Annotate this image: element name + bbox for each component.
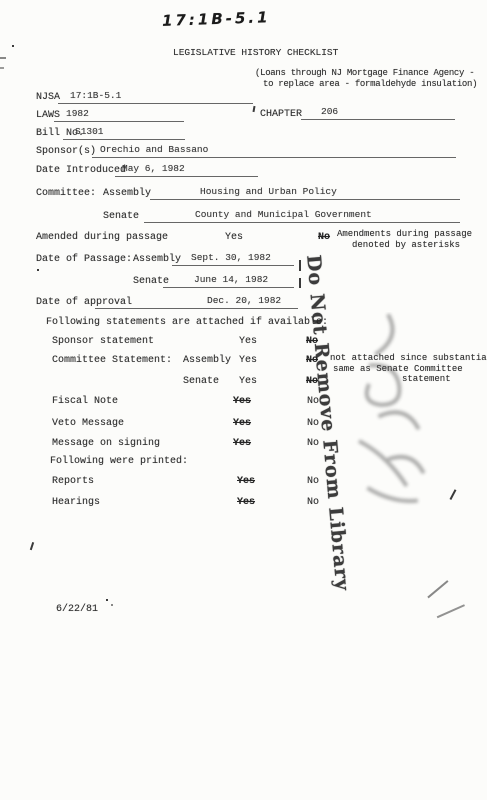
- passage-assembly-underline: [172, 265, 294, 266]
- approval-value: Dec. 20, 1982: [207, 295, 281, 306]
- committee-statement-senate-label: Senate: [183, 376, 219, 387]
- scan-noise: [12, 45, 14, 47]
- reports-yes-struck: Yes: [237, 476, 255, 487]
- committee-statement-label: Committee Statement:: [52, 355, 172, 366]
- scan-noise: [0, 67, 4, 69]
- sponsor-statement-label: Sponsor statement: [52, 336, 154, 347]
- reports-no: No: [307, 476, 319, 487]
- committee-senate-label: Senate: [103, 211, 139, 222]
- handwritten-citation: 17:1B-5.1: [162, 12, 271, 27]
- scan-noise: [299, 278, 301, 288]
- sponsors-label: Sponsor(s): [36, 146, 96, 157]
- amended-note-line1: Amendments during passage: [337, 229, 472, 239]
- passage-senate-value: June 14, 1982: [194, 274, 268, 285]
- veto-message-label: Veto Message: [52, 418, 124, 429]
- amended-no-struck: No: [318, 232, 330, 243]
- committee-senate-value: County and Municipal Government: [195, 209, 372, 220]
- scan-noise: [30, 542, 34, 550]
- page-title: LEGISLATIVE HISTORY CHECKLIST: [173, 47, 338, 58]
- passage-assembly-value: Sept. 30, 1982: [191, 252, 271, 263]
- scan-noise: [299, 260, 301, 271]
- veto-message-yes-struck: Yes: [233, 418, 251, 429]
- scan-noise: [111, 604, 113, 606]
- scan-noise: [252, 106, 255, 112]
- amended-yes: Yes: [225, 232, 243, 243]
- approval-label: Date of approval: [36, 297, 132, 308]
- subject-note-line2: to replace area - formaldehyde insulatio…: [263, 79, 477, 89]
- statements-header: Following statements are attached if ava…: [46, 317, 328, 328]
- committee-assembly-label: Assembly: [103, 188, 151, 199]
- chapter-label: CHAPTER: [260, 109, 302, 120]
- njsa-underline: [58, 103, 253, 104]
- njsa-value: 17:1B-5.1: [70, 90, 121, 101]
- passage-senate-label: Senate: [133, 276, 169, 287]
- scan-noise: [106, 599, 108, 601]
- message-on-signing-yes-struck: Yes: [233, 438, 251, 449]
- committee-assembly-underline: [150, 199, 460, 200]
- amended-label: Amended during passage: [36, 232, 168, 243]
- committee-senate-yes: Yes: [239, 376, 257, 387]
- footer-date: 6/22/81: [56, 604, 98, 615]
- sponsor-statement-yes: Yes: [239, 336, 257, 347]
- committee-label: Committee:: [36, 188, 96, 199]
- reports-label: Reports: [52, 476, 94, 487]
- date-introduced-underline: [115, 176, 258, 177]
- hearings-yes-struck: Yes: [237, 497, 255, 508]
- laws-label: LAWS: [36, 110, 60, 121]
- fiscal-note-label: Fiscal Note: [52, 396, 118, 407]
- sponsors-underline: [92, 157, 456, 158]
- scan-noise: [427, 580, 448, 598]
- date-introduced-label: Date Introduced: [36, 165, 126, 176]
- chapter-value: 206: [321, 106, 338, 117]
- njsa-label: NJSA: [36, 92, 60, 103]
- laws-value: 1982: [66, 108, 89, 119]
- committee-assembly-value: Housing and Urban Policy: [200, 186, 337, 197]
- passage-assembly-label: Assembly: [133, 254, 181, 265]
- committee-assembly-yes: Yes: [239, 355, 257, 366]
- fiscal-note-yes-struck: Yes: [233, 396, 251, 407]
- faint-stamp-smudge: [340, 312, 470, 512]
- printed-header: Following were printed:: [50, 456, 188, 467]
- hearings-no: No: [307, 497, 319, 508]
- scan-noise: [437, 604, 465, 618]
- passage-senate-underline: [163, 287, 294, 288]
- subject-note-line1: (Loans through NJ Mortgage Finance Agenc…: [255, 68, 474, 78]
- message-on-signing-label: Message on signing: [52, 438, 160, 449]
- bill-no-underline: [63, 139, 185, 140]
- committee-senate-underline: [144, 222, 460, 223]
- bill-no-value: S1301: [75, 126, 104, 137]
- chapter-underline: [301, 119, 455, 120]
- approval-underline: [95, 308, 298, 309]
- sponsors-value: Orechio and Bassano: [100, 144, 208, 155]
- passage-label: Date of Passage:: [36, 254, 132, 265]
- committee-statement-assembly-label: Assembly: [183, 355, 231, 366]
- scan-noise: [37, 269, 39, 271]
- hearings-label: Hearings: [52, 497, 100, 508]
- scan-noise: [0, 57, 6, 59]
- scanned-legislative-checklist-page: 17:1B-5.1 LEGISLATIVE HISTORY CHECKLIST …: [0, 0, 487, 800]
- amended-note-line2: denoted by asterisks: [352, 240, 460, 250]
- laws-underline: [54, 121, 184, 122]
- date-introduced-value: May 6, 1982: [122, 163, 185, 174]
